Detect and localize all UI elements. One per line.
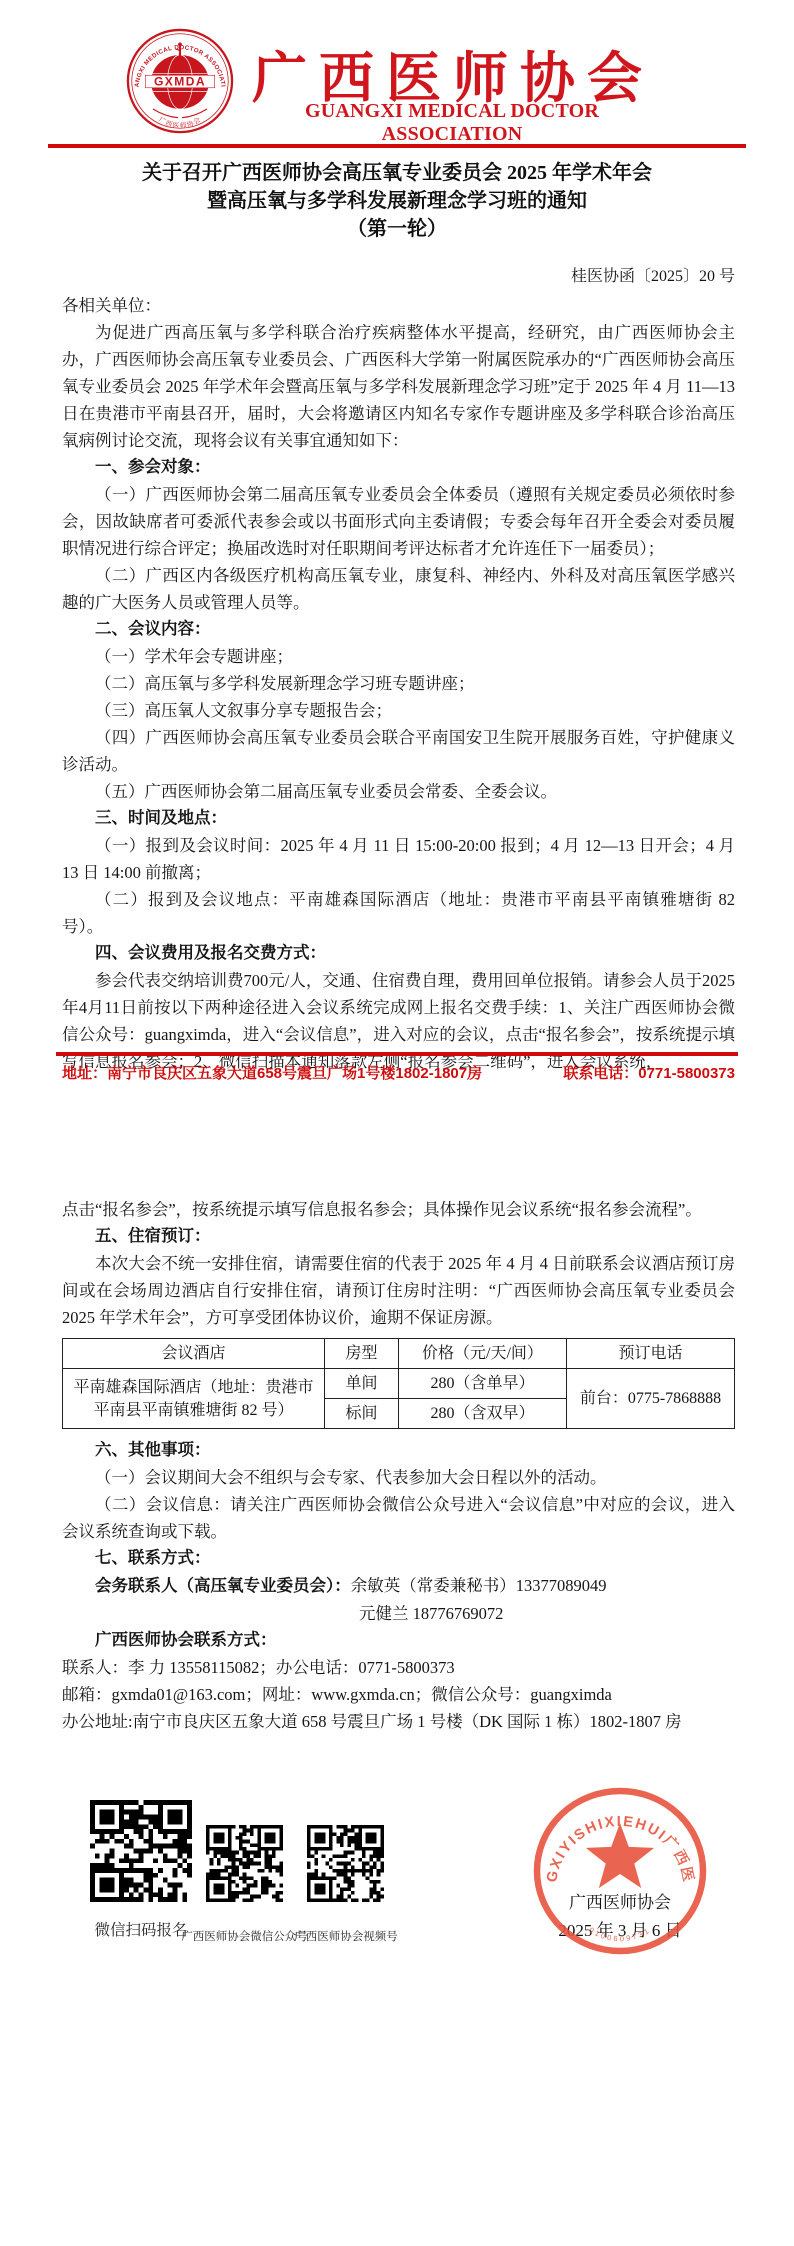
paragraph: （四）广西医师协会高压氧专业委员会联合平南国安卫生院开展服务百姓，守护健康义诊活… xyxy=(62,724,735,778)
intro-paragraph: 为促进广西高压氧与多学科联合治疗疾病整体水平提高，经研究，由广西医师协会主办，广… xyxy=(62,319,735,454)
conference-contact-line: 会务联系人（高压氧专业委员会）：余敏英（常委兼秘书）13377089049 xyxy=(62,1572,735,1600)
section-1-heading: 一、参会对象： xyxy=(62,454,735,481)
header-rule xyxy=(48,144,746,148)
svg-text:0100609731: 0100609731 xyxy=(587,1925,652,1943)
paragraph: （二）高压氧与多学科发展新理念学习班专题讲座； xyxy=(62,670,735,697)
official-seal: GUANGXIYISHIXIEHUI广西医师协会 0100609731 xyxy=(531,1786,709,1960)
table-row: 平南雄森国际酒店（地址：贵港市平南县平南镇雅塘街 82 号） 单间 280（含单… xyxy=(63,1369,735,1399)
paragraph: 本次大会不统一安排住宿，请需要住宿的代表于 2025 年 4 月 4 日前联系会… xyxy=(62,1250,735,1331)
footer-phone: 联系电话：0771-5800373 xyxy=(563,1062,735,1083)
office-address-line: 办公地址:南宁市良庆区五象大道 658 号震旦广场 1 号楼（DK 国际 1 栋… xyxy=(62,1708,735,1735)
wechat-official-account-qr-code xyxy=(206,1825,283,1902)
footer-rule xyxy=(56,1052,738,1056)
section-7-heading: 七、联系方式： xyxy=(62,1545,735,1572)
notice-title: 关于召开广西医师协会高压氧专业委员会 2025 年学术年会 暨高压氧与多学科发展… xyxy=(0,159,794,243)
col-header-price: 价格（元/天/间） xyxy=(398,1339,566,1369)
seal-serial-number: 0100609731 xyxy=(587,1925,652,1943)
association-contact-heading: 广西医师协会联系方式： xyxy=(62,1627,735,1654)
contact-email-line: 邮箱：gxmda01@163.com；网址：www.gxmda.cn；微信公众号… xyxy=(62,1681,735,1708)
contact-lead: 会务联系人（高压氧专业委员会）： xyxy=(95,1577,351,1595)
booking-phone-cell: 前台：0775-7868888 xyxy=(566,1369,734,1429)
title-line2: 暨高压氧与多学科发展新理念学习班的通知 xyxy=(0,187,794,215)
paragraph: （二）会议信息：请关注广西医师协会微信公众号进入“会议信息”中对应的会议，进入会… xyxy=(62,1491,735,1545)
org-name-en: GUANGXI MEDICAL DOCTOR ASSOCIATION xyxy=(250,100,654,146)
paragraph: （一）报到及会议时间：2025 年 4 月 11 日 15:00-20:00 报… xyxy=(62,832,735,886)
title-line1: 关于召开广西医师协会高压氧专业委员会 2025 年学术年会 xyxy=(0,159,794,187)
page1-body: 各相关单位： 为促进广西高压氧与多学科联合治疗疾病整体水平提高，经研究，由广西医… xyxy=(62,292,735,1075)
section-6-heading: 六、其他事项： xyxy=(62,1437,735,1464)
paragraph: （五）广西医师协会第二届高压氧专业委员会常委、全委会议。 xyxy=(62,778,735,805)
video-channel-qr-code xyxy=(307,1825,384,1902)
price-cell: 280（含双早） xyxy=(398,1399,566,1429)
contact-name-1: 余敏英（常委兼秘书）13377089049 xyxy=(351,1576,607,1595)
paragraph: （一）广西医师协会第二届高压氧专业委员会全体委员（遵照有关规定委员必须依时参会，… xyxy=(62,481,735,562)
title-line3: （第一轮） xyxy=(0,215,794,243)
qr-label-video: 广西医师协会视频号 xyxy=(290,1928,402,1944)
document-number: 桂医协函〔2025〕20 号 xyxy=(62,263,735,286)
hotel-table: 会议酒店 房型 价格（元/天/间） 预订电话 平南雄森国际酒店（地址：贵港市平南… xyxy=(62,1338,735,1429)
continued-paragraph: 点击“报名参会”，按系统提示填写信息报名参会；具体操作见会议系统“报名参会流程”… xyxy=(62,1196,735,1223)
col-header-tel: 预订电话 xyxy=(566,1339,734,1369)
room-type-cell: 单间 xyxy=(325,1369,399,1399)
paragraph: （一）会议期间大会不组织与会专家、代表参加大会日程以外的活动。 xyxy=(62,1464,735,1491)
section-5-heading: 五、住宿预订： xyxy=(62,1223,735,1250)
col-header-room: 房型 xyxy=(325,1339,399,1369)
page1-footer: 地址：南宁市良庆区五象大道658号震旦广场1号楼1802-1807房 联系电话：… xyxy=(62,1062,735,1083)
section-2-heading: 二、会议内容： xyxy=(62,616,735,643)
salutation: 各相关单位： xyxy=(62,292,735,319)
price-cell: 280（含单早） xyxy=(398,1369,566,1399)
association-logo-icon: GUANGXI MEDICAL DOCTOR ASSOCIATION 广西医师协… xyxy=(126,28,234,134)
hotel-name-cell: 平南雄森国际酒店（地址：贵港市平南县平南镇雅塘街 82 号） xyxy=(63,1369,325,1429)
notice-document: GUANGXI MEDICAL DOCTOR ASSOCIATION 广西医师协… xyxy=(0,0,794,2246)
logo-abbr: GXMDA xyxy=(154,74,206,88)
page2-body: 点击“报名参会”，按系统提示填写信息报名参会；具体操作见会议系统“报名参会流程”… xyxy=(62,1196,735,1735)
room-type-cell: 标间 xyxy=(325,1399,399,1429)
footer-address: 地址：南宁市良庆区五象大道658号震旦广场1号楼1802-1807房 xyxy=(62,1062,482,1083)
table-header-row: 会议酒店 房型 价格（元/天/间） 预订电话 xyxy=(63,1339,735,1369)
paragraph: （二）广西区内各级医疗机构高压氧专业，康复科、神经内、外科及对高压氧医学感兴趣的… xyxy=(62,562,735,616)
section-3-heading: 三、时间及地点： xyxy=(62,805,735,832)
contact-name-2: 元健兰 18776769072 xyxy=(62,1600,735,1627)
paragraph: （一）学术年会专题讲座； xyxy=(62,643,735,670)
section-4-heading: 四、会议费用及报名交费方式： xyxy=(62,940,735,967)
paragraph: （三）高压氧人文叙事分享专题报告会； xyxy=(62,697,735,724)
paragraph: 参会代表交纳培训费700元/人，交通、住宿费自理，费用回单位报销。请参会人员于2… xyxy=(62,967,735,1075)
paragraph: （二）报到及会议地点：平南雄森国际酒店（地址：贵港市平南县平南镇雅塘街 82 号… xyxy=(62,886,735,940)
registration-qr-code xyxy=(90,1800,192,1902)
contact-person-line: 联系人：李 力 13558115082；办公电话：0771-5800373 xyxy=(62,1654,735,1681)
col-header-hotel: 会议酒店 xyxy=(63,1339,325,1369)
